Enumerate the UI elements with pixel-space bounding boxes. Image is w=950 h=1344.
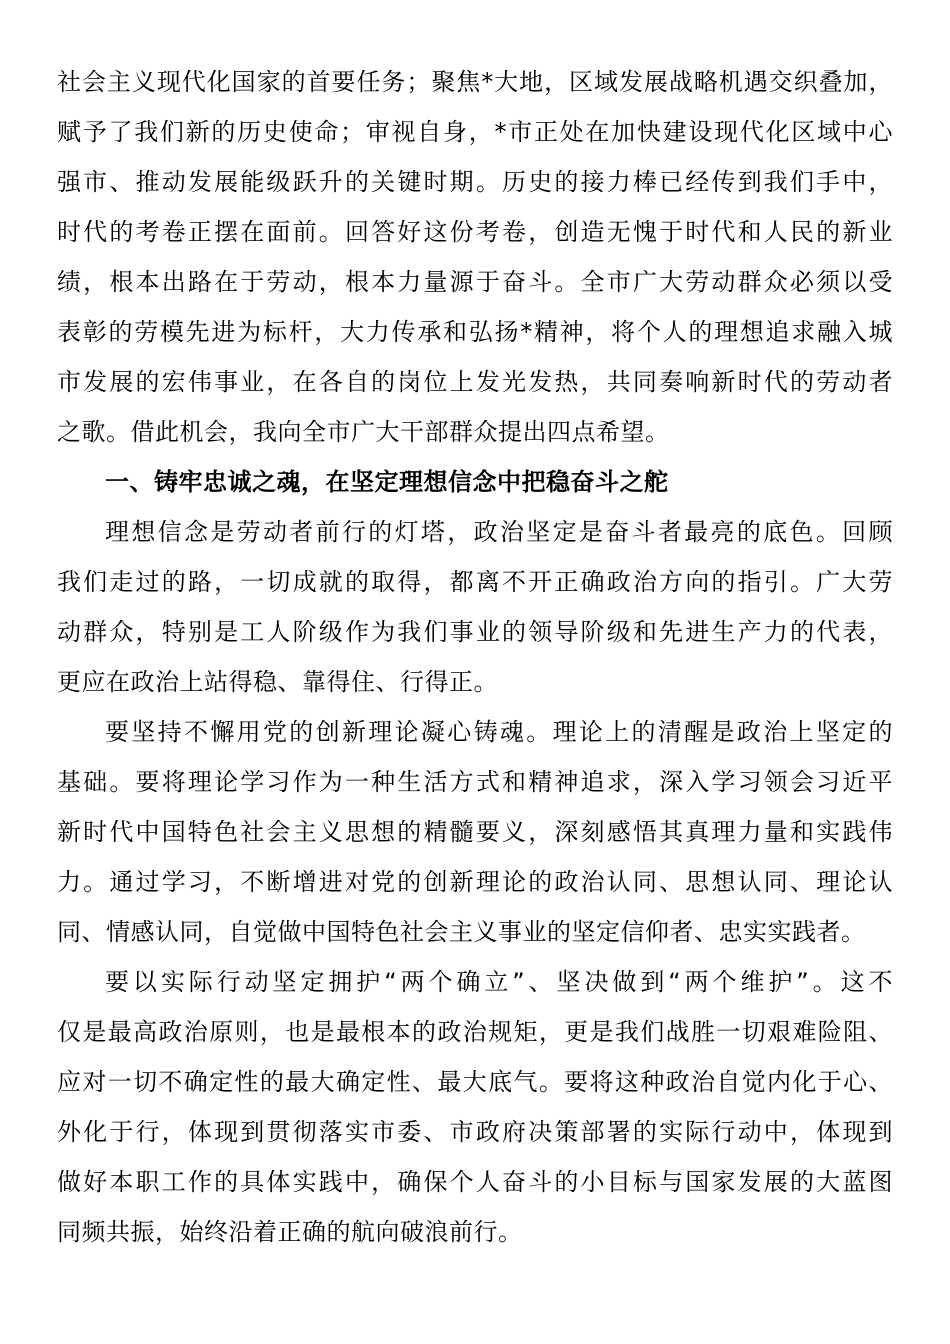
- text-line: 动群众，特别是工人阶级作为我们事业的领导阶级和先进生产力的代表，: [57, 607, 893, 657]
- text-line: 赋予了我们新的历史使命；审视自身，*市正处在加快建设现代化区域中心: [57, 107, 893, 157]
- text-line: 基础。要将理论学习作为一种生活方式和精神追求，深入学习领会习近平: [57, 757, 893, 807]
- text-line: 新时代中国特色社会主义思想的精髓要义，深刻感悟其真理力量和实践伟: [57, 807, 893, 857]
- text-line: 外化于行，体现到贯彻落实市委、市政府决策部署的实际行动中，体现到: [57, 1107, 893, 1157]
- text-line: 同频共振，始终沿着正确的航向破浪前行。: [57, 1207, 893, 1257]
- document-page: 社会主义现代化国家的首要任务；聚焦*大地，区域发展战略机遇交织叠加，赋予了我们新…: [0, 0, 950, 1344]
- text-line: 绩，根本出路在于劳动，根本力量源于奋斗。全市广大劳动群众必须以受: [57, 257, 893, 307]
- text-line: 要以实际行动坚定拥护“两个确立”、坚决做到“两个维护”。这不: [57, 957, 893, 1007]
- text-line: 要坚持不懈用党的创新理论凝心铸魂。理论上的清醒是政治上坚定的: [57, 707, 893, 757]
- text-line: 之歌。借此机会，我向全市广大干部群众提出四点希望。: [57, 407, 893, 457]
- text-line: 更应在政治上站得稳、靠得住、行得正。: [57, 657, 893, 707]
- text-line: 时代的考卷正摆在面前。回答好这份考卷，创造无愧于时代和人民的新业: [57, 207, 893, 257]
- text-line: 理想信念是劳动者前行的灯塔，政治坚定是奋斗者最亮的底色。回顾: [57, 507, 893, 557]
- text-line: 做好本职工作的具体实践中，确保个人奋斗的小目标与国家发展的大蓝图: [57, 1157, 893, 1207]
- text-line: 表彰的劳模先进为标杆，大力传承和弘扬*精神，将个人的理想追求融入城: [57, 307, 893, 357]
- text-line: 强市、推动发展能级跃升的关键时期。历史的接力棒已经传到我们手中，: [57, 157, 893, 207]
- text-line: 市发展的宏伟事业，在各自的岗位上发光发热，共同奏响新时代的劳动者: [57, 357, 893, 407]
- text-line: 同、情感认同，自觉做中国特色社会主义事业的坚定信仰者、忠实实践者。: [57, 907, 893, 957]
- text-line: 社会主义现代化国家的首要任务；聚焦*大地，区域发展战略机遇交织叠加，: [57, 57, 893, 107]
- text-line: 我们走过的路，一切成就的取得，都离不开正确政治方向的指引。广大劳: [57, 557, 893, 607]
- text-line: 力。通过学习，不断增进对党的创新理论的政治认同、思想认同、理论认: [57, 857, 893, 907]
- text-line: 应对一切不确定性的最大确定性、最大底气。要将这种政治自觉内化于心、: [57, 1057, 893, 1107]
- section-heading: 一、铸牢忠诚之魂，在坚定理想信念中把稳奋斗之舵: [57, 457, 893, 507]
- text-line: 仅是最高政治原则，也是最根本的政治规矩，更是我们战胜一切艰难险阻、: [57, 1007, 893, 1057]
- document-body: 社会主义现代化国家的首要任务；聚焦*大地，区域发展战略机遇交织叠加，赋予了我们新…: [57, 57, 893, 1257]
